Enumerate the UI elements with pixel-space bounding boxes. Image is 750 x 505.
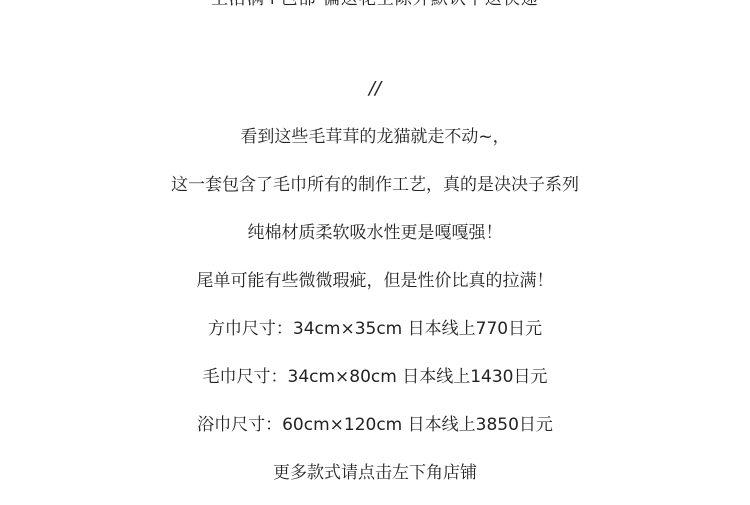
text-line-bath-towel-size: 浴巾尺寸：60cm×120cm 日本线上3850日元 [0,414,750,436]
separator: // [0,78,750,100]
text-line-more-styles: 更多款式请点击左下角店铺 [0,462,750,484]
text-line-material: 纯棉材质柔软吸水性更是嘎嘎强！ [0,222,750,244]
text-line-face-towel-size: 毛巾尺寸：34cm×80cm 日本线上1430日元 [0,366,750,388]
clipped-top-line: 上沿满+色部 偏这花上隙外默认下这快递 [0,0,750,10]
text-line-square-towel-size: 方巾尺寸：34cm×35cm 日本线上770日元 [0,318,750,340]
text-line-intro: 看到这些毛茸茸的龙猫就走不动~， [0,126,750,148]
text-line-craft: 这一套包含了毛巾所有的制作工艺，真的是决决子系列 [0,174,750,196]
text-line-flaws: 尾单可能有些微微瑕疵，但是性价比真的拉满！ [0,270,750,292]
